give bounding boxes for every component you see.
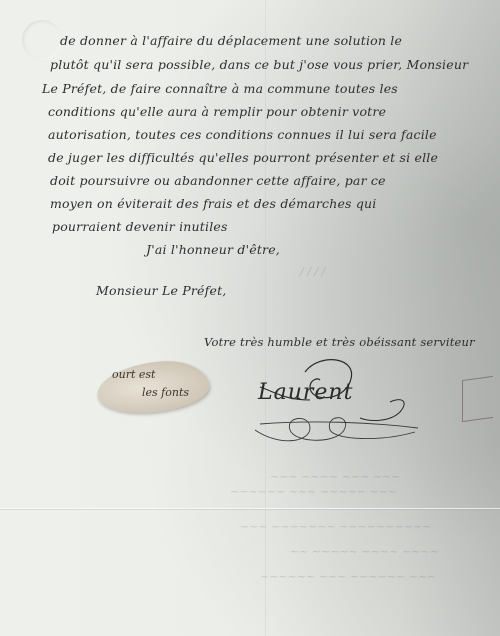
bleed-through-text: ~~ ~~~~~ ~~~~ ~~~~ (290, 545, 439, 558)
signature: Laurent (258, 380, 353, 405)
body-line: moyen on éviterait des frais et des déma… (50, 196, 377, 211)
letter-page: / / / / ~~~ ~~~~ ~~~ ~~~ ~~~~~~ ~~~ ~~~~… (0, 0, 500, 636)
body-line: autorisation, toutes ces conditions conn… (48, 127, 437, 142)
bleed-through-text: ~~~~~~ ~~~ ~~~~~ ~~~ (230, 485, 397, 498)
salutation: Monsieur Le Préfet, (96, 283, 226, 298)
valediction: Votre très humble et très obéissant serv… (204, 335, 475, 349)
body-line: plutôt qu'il sera possible, dans ce but … (50, 57, 468, 72)
body-line: Le Préfet, de faire connaître à ma commu… (42, 81, 398, 96)
bleed-through-text: / / / / (300, 265, 325, 278)
patch-text-line: ourt est (112, 368, 155, 381)
bleed-through-text: ~~~~~~ ~~~ ~~~~~~ ~~~ (260, 570, 436, 583)
wax-seal-mark (462, 376, 493, 422)
body-line: de juger les difficultés qu'elles pourro… (48, 150, 438, 165)
patch-text-line: les fonts (142, 386, 189, 399)
body-line: conditions qu'elle aura à remplir pour o… (48, 104, 386, 119)
bleed-through-text: ~~~ ~~~~~~~ ~~~~~~~~~~ (240, 520, 431, 533)
body-line: doit poursuivre ou abandonner cette affa… (50, 173, 386, 188)
bleed-through-text: ~~~ ~~~~ ~~~ ~~~ (270, 470, 400, 483)
embossed-seal (22, 20, 62, 60)
closing-formula: J'ai l'honneur d'être, (146, 242, 280, 257)
fold-line (0, 508, 500, 509)
body-line: pourraient devenir inutiles (52, 219, 228, 234)
body-line: de donner à l'affaire du déplacement une… (60, 33, 402, 48)
